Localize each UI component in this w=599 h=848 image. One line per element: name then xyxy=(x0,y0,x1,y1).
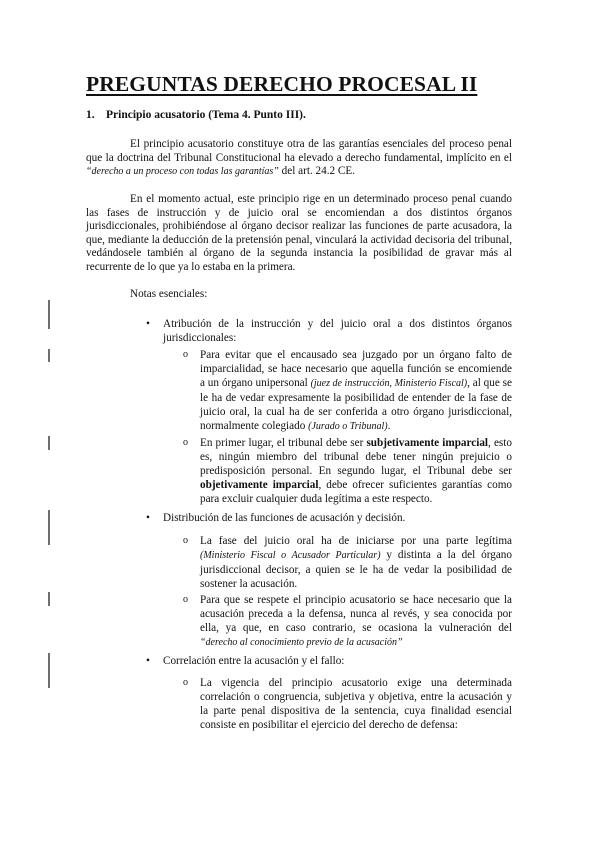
text-run: . xyxy=(388,420,391,432)
paragraph-text: del art. 24.2 CE. xyxy=(279,165,355,177)
bullet-text: Atribución de la instrucción y del juici… xyxy=(163,318,512,346)
sub-item: o La fase del juicio oral ha de iniciars… xyxy=(183,534,512,591)
sub-item: o Para que se respete el principio acusa… xyxy=(183,593,512,650)
section-title: Principio acusatorio (Tema 4. Punto III)… xyxy=(106,109,306,121)
bold-run: subjetivamente imparcial xyxy=(366,437,488,449)
change-bar xyxy=(48,436,50,450)
text-run: En primer lugar, el tribunal debe ser xyxy=(200,437,366,449)
change-bar xyxy=(48,510,50,545)
document-page: PREGUNTAS DERECHO PROCESAL II 1.Principi… xyxy=(0,0,599,848)
italic-run: (Jurado o Tribunal) xyxy=(308,421,387,432)
sub-item: o Para evitar que el encausado sea juzga… xyxy=(183,348,512,434)
text-run: Para que se respete el principio acusato… xyxy=(200,594,512,634)
sub-item-text: Para evitar que el encausado sea juzgado… xyxy=(200,348,512,434)
change-bar xyxy=(48,653,50,688)
italic-run: (juez de instrucción, Ministerio Fiscal) xyxy=(311,378,468,389)
sub-item-text: La vigencia del principio acusatorio exi… xyxy=(200,676,512,732)
sub-item-text: La fase del juicio oral ha de iniciarse … xyxy=(200,534,512,591)
document-title: PREGUNTAS DERECHO PROCESAL II xyxy=(86,72,486,97)
bullet-item: • Correlación entre la acusación y el fa… xyxy=(146,655,512,669)
sub-item-text: Para que se respete el principio acusato… xyxy=(200,593,512,650)
italic-run: “derecho al conocimiento previo de la ac… xyxy=(200,637,403,648)
bullet-item: • Distribución de las funciones de acusa… xyxy=(146,512,512,526)
sub-bullet-symbol: o xyxy=(183,593,188,607)
bullet-text: Correlación entre la acusación y el fall… xyxy=(163,655,512,669)
paragraph-text: El principio acusatorio constituye otra … xyxy=(86,138,512,164)
sub-bullet-symbol: o xyxy=(183,348,188,362)
italic-run: (Ministerio Fiscal o Acusador Particular… xyxy=(200,550,381,561)
bullet-text: Distribución de las funciones de acusaci… xyxy=(163,512,512,526)
bullet-symbol: • xyxy=(146,318,150,332)
change-bar xyxy=(48,592,50,606)
sub-item: o En primer lugar, el tribunal debe ser … xyxy=(183,436,512,506)
sub-bullet-symbol: o xyxy=(183,534,188,548)
sub-item: o La vigencia del principio acusatorio e… xyxy=(183,676,512,732)
text-run: La fase del juicio oral ha de iniciarse … xyxy=(200,535,512,547)
section-number: 1. xyxy=(86,109,106,121)
change-bar xyxy=(48,349,50,362)
bullet-item: • Atribución de la instrucción y del jui… xyxy=(146,318,512,346)
bullet-symbol: • xyxy=(146,655,150,669)
sub-item-text: En primer lugar, el tribunal debe ser su… xyxy=(200,436,512,506)
change-bar xyxy=(48,300,50,329)
italic-quote: “derecho a un proceso con todas las gara… xyxy=(86,166,279,177)
sub-bullet-symbol: o xyxy=(183,436,188,450)
paragraph-current-moment: En el momento actual, este principio rig… xyxy=(86,193,512,275)
sub-bullet-symbol: o xyxy=(183,676,188,690)
bold-run: objetivamente imparcial xyxy=(200,479,318,491)
notes-label: Notas esenciales: xyxy=(130,288,207,300)
bullet-symbol: • xyxy=(146,512,150,526)
paragraph-intro: El principio acusatorio constituye otra … xyxy=(86,138,512,179)
section-heading: 1.Principio acusatorio (Tema 4. Punto II… xyxy=(86,109,306,121)
